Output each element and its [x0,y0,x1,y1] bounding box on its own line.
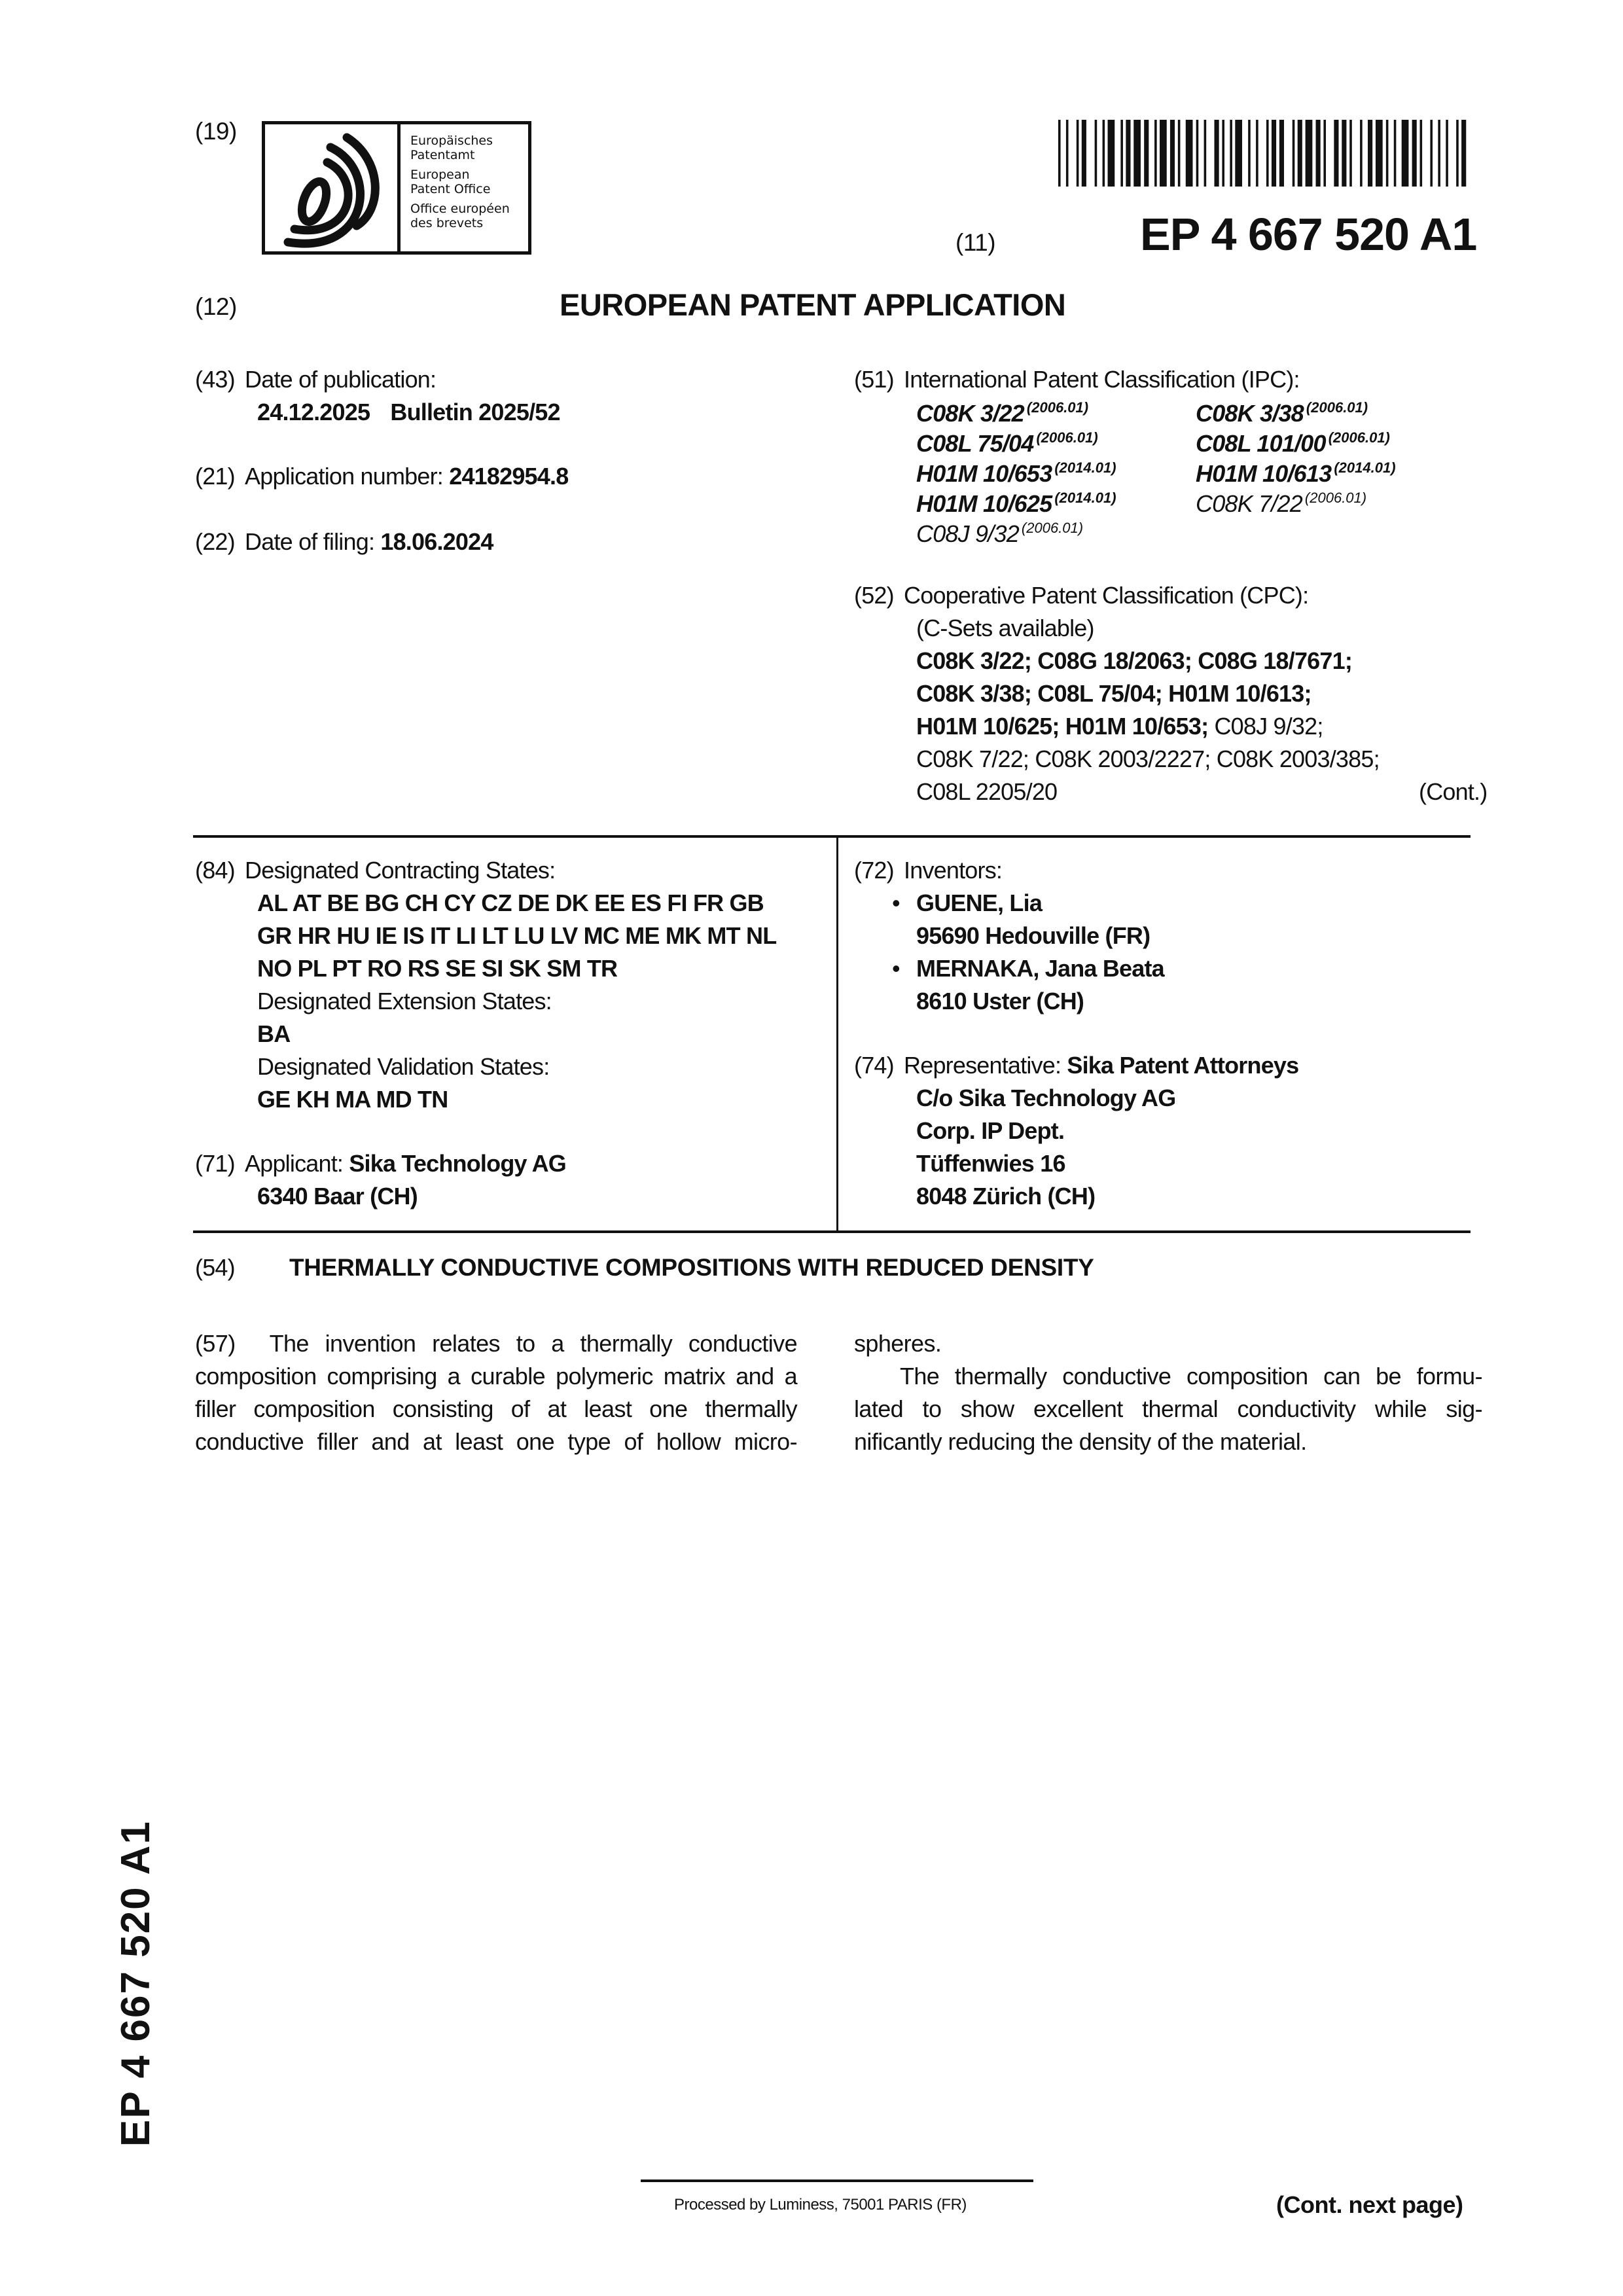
cpc-label: Cooperative Patent Classification (CPC): [904,582,1308,609]
epo-logo: EuropäischesPatentamt EuropeanPatent Off… [262,121,531,255]
publication-date-label: Date of publication: [245,366,436,393]
abstract-column-2: spheres. The thermally conductive compos… [854,1327,1482,1458]
inid-code-84: (84) [195,857,235,884]
ipc-header: (51) International Patent Classification… [854,363,1300,396]
continued-next-page: (Cont. next page) [1276,2191,1463,2219]
logo-line-de-1: Europäisches [410,134,493,148]
abstract-line: spheres. [854,1327,1482,1360]
ipc-entry: C08J 9/32(2006.01) [916,513,1083,549]
cpc-line: H01M 10/625; H01M 10/653; C08J 9/32; [916,710,1380,743]
applicant-name: Sika Technology AG [349,1150,566,1177]
logo-line-de-2: Patentamt [410,148,474,162]
application-number: 24182954.8 [449,463,568,490]
barcode-icon [1058,120,1474,187]
representative-address-line: 8048 Zürich (CH) [916,1180,1095,1213]
contracting-states-line-2: GR HR HU IE IS IT LI LT LU LV MC ME MK M… [257,920,776,952]
inventor-name: GUENE, Lia [916,887,1042,920]
logo-text: EuropäischesPatentamt EuropeanPatent Off… [410,134,510,236]
inid-code-57: (57) [195,1330,236,1357]
inid-code-51: (51) [854,366,894,393]
cpc-code: H01M 10/625; H01M 10/653; [916,713,1208,740]
inventor-address: 8610 Uster (CH) [916,985,1084,1018]
application-number-label: Application number: [245,463,443,490]
inid-code-52: (52) [854,582,894,609]
abstract-line: The thermally conductive composition can… [854,1360,1482,1393]
ipc-version: (2014.01) [1334,459,1395,476]
cpc-code: C08K 3/22; C08G 18/2063; C08G 18/7671; [916,647,1352,674]
ipc-version: (2006.01) [1036,429,1097,446]
cpc-line: C08K 3/22; C08G 18/2063; C08G 18/7671; [916,645,1380,677]
ipc-version: (2014.01) [1054,459,1116,476]
ipc-version: (2006.01) [1329,429,1390,446]
applicant-label: Applicant: [245,1150,343,1177]
abstract-column-1: (57)The invention relates to a thermally… [195,1327,797,1458]
logo-line-en-2: Patent Office [410,182,490,196]
ipc-version: (2006.01) [1022,520,1083,536]
epo-logo-icon [265,124,393,251]
cpc-code: C08K 7/22; C08K 2003/2227; C08K 2003/385… [916,745,1380,772]
filing-date-block: (22) Date of filing: 18.06.2024 [195,526,493,558]
abstract-line: lated to show excellent thermal conducti… [854,1393,1482,1426]
logo-divider [397,124,401,251]
validation-states: GE KH MA MD TN [257,1083,448,1116]
inventor-name: MERNAKA, Jana Beata [916,952,1164,985]
ipc-class: C08K 7/22 [1196,490,1302,517]
cpc-line: C08K 3/38; C08L 75/04; H01M 10/613; [916,677,1380,710]
inid-code-19: (19) [195,118,237,145]
divider-vertical [836,836,838,1231]
cpc-code: C08L 2205/20 [916,778,1057,805]
states-header: (84) Designated Contracting States: [195,854,555,887]
extension-states: BA [257,1018,290,1050]
divider-bottom [193,1230,1471,1233]
ipc-label: International Patent Classification (IPC… [904,366,1300,393]
cpc-header: (52) Cooperative Patent Classification (… [854,579,1308,612]
filing-date-label: Date of filing: [245,528,374,555]
inid-code-11: (11) [955,229,995,257]
ipc-version: (2006.01) [1027,399,1088,416]
cpc-line: C08L 2205/20 [916,776,1380,808]
representative-address-line: Corp. IP Dept. [916,1115,1064,1147]
ipc-class: C08J 9/32 [916,520,1019,547]
inventors-label: Inventors: [904,857,1002,884]
inid-code-54: (54) [195,1251,235,1284]
divider-top [193,835,1471,838]
inventor-bullet: • [892,887,900,920]
ipc-version: (2014.01) [1054,490,1116,506]
contracting-states-line-1: AL AT BE BG CH CY CZ DE DK EE ES FI FR G… [257,887,764,920]
inid-code-21: (21) [195,463,235,490]
cpc-classification-list: C08K 3/22; C08G 18/2063; C08G 18/7671;C0… [916,645,1380,808]
inid-code-72: (72) [854,857,894,884]
inventor-address: 95690 Hedouville (FR) [916,920,1150,952]
bulletin-number: Bulletin 2025/52 [390,399,560,425]
processed-by: Processed by Luminess, 75001 PARIS (FR) [674,2196,967,2214]
representative-address-line: Tüffenwies 16 [916,1147,1065,1180]
abstract-line: nificantly reducing the density of the m… [854,1426,1482,1458]
inid-code-71: (71) [195,1150,235,1177]
logo-line-fr-1: Office européen [410,202,510,216]
publication-number: EP 4 667 520 A1 [1140,208,1476,260]
representative-address-line: C/o Sika Technology AG [916,1082,1175,1115]
abstract-line: The invention relates to a thermally con… [270,1330,797,1357]
representative-name: Sika Patent Attorneys [1067,1052,1298,1079]
cpc-code: C08J 9/32; [1208,713,1323,740]
inid-code-12: (12) [195,293,237,321]
inid-code-22: (22) [195,528,235,555]
publication-date-block: (43) Date of publication: [195,363,436,396]
publication-date-value: 24.12.2025 Bulletin 2025/52 [257,396,560,429]
abstract-line: conductive filler and at least one type … [195,1426,797,1458]
extension-states-label: Designated Extension States: [257,985,552,1018]
abstract-line: filler composition consisting of at leas… [195,1393,797,1426]
ipc-entry: C08K 7/22(2006.01) [1196,483,1366,519]
cpc-note: (C-Sets available) [916,612,1094,645]
application-number-block: (21) Application number: 24182954.8 [195,460,568,493]
filing-date: 18.06.2024 [380,528,493,555]
contracting-states-line-3: NO PL PT RO RS SE SI SK SM TR [257,952,617,985]
publication-date: 24.12.2025 [257,399,370,425]
logo-line-fr-2: des brevets [410,216,483,230]
logo-line-en-1: European [410,168,470,182]
cpc-continued: (Cont.) [1419,776,1487,808]
ipc-version: (2006.01) [1305,490,1366,506]
cpc-code: C08K 3/38; C08L 75/04; H01M 10/613; [916,680,1311,707]
inid-code-74: (74) [854,1052,894,1079]
validation-states-label: Designated Validation States: [257,1050,549,1083]
inid-code-43: (43) [195,366,235,393]
applicant-address: 6340 Baar (CH) [257,1180,418,1213]
ipc-version: (2006.01) [1306,399,1368,416]
abstract-line: composition comprising a curable polymer… [195,1360,797,1393]
side-publication-number: EP 4 667 520 A1 [113,1820,159,2147]
document-type: EUROPEAN PATENT APPLICATION [560,287,1065,323]
contracting-states-label: Designated Contracting States: [245,857,555,884]
representative-block: (74) Representative: Sika Patent Attorne… [854,1049,1298,1082]
inventors-header: (72) Inventors: [854,854,1002,887]
applicant-block: (71) Applicant: Sika Technology AG [195,1147,566,1180]
inventor-bullet: • [892,952,900,985]
footer-rule [641,2179,1033,2182]
cpc-line: C08K 7/22; C08K 2003/2227; C08K 2003/385… [916,743,1380,776]
representative-label: Representative: [904,1052,1061,1079]
invention-title: THERMALLY CONDUCTIVE COMPOSITIONS WITH R… [289,1251,1094,1284]
